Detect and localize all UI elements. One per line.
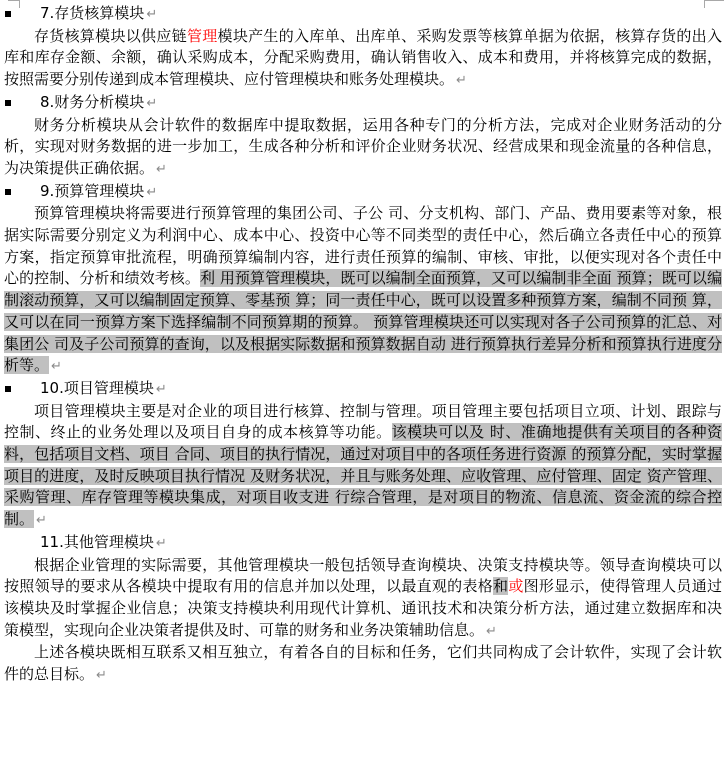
paragraph: 根据企业管理的实际需要，其他管理模块一般包括领导查询模块、决策支持模块等。领导查… — [4, 555, 722, 643]
section-heading: 9.预算管理模块↵ — [4, 181, 722, 204]
list-bullet-icon — [5, 11, 11, 17]
section-title: 11.其他管理模块 — [40, 533, 154, 551]
section-heading: 7.存货核算模块↵ — [4, 3, 722, 26]
red-revision-text: 或 — [508, 577, 523, 595]
paragraph: 财务分析模块从会计软件的数据库中提取数据，运用各种专门的分析方法，完成对企业财务… — [4, 115, 722, 181]
paragraph-mark-icon: ↵ — [49, 359, 62, 374]
list-bullet-icon — [5, 100, 11, 106]
paragraph-mark-icon: ↵ — [34, 513, 47, 528]
paragraph-mark-icon: ↵ — [144, 7, 157, 22]
section-heading: 10.项目管理模块↵ — [4, 378, 722, 401]
document-body: 7.存货核算模块↵存货核算模块以供应链管理模块产生的入库单、出库单、采购发票等核… — [0, 0, 726, 687]
document-page: 7.存货核算模块↵存货核算模块以供应链管理模块产生的入库单、出库单、采购发票等核… — [0, 0, 726, 776]
paragraph: 上述各模块既相互联系又相互独立，有着各自的目标和任务，它们共同构成了会计软件，实… — [4, 642, 722, 686]
body-text: 财务分析模块从会计软件的数据库中提取数据，运用各种专门的分析方法，完成对企业财务… — [4, 116, 722, 177]
section-heading: 8.财务分析模块↵ — [4, 92, 722, 115]
section-title: 7.存货核算模块 — [40, 4, 144, 22]
paragraph-mark-icon: ↵ — [454, 73, 467, 88]
paragraph-mark-icon: ↵ — [144, 96, 157, 111]
paragraph: 存货核算模块以供应链管理模块产生的入库单、出库单、采购发票等核算单据为依据，核算… — [4, 26, 722, 92]
body-text: 存货核算模块以供应链 — [34, 27, 187, 45]
paragraph: 项目管理模块主要是对企业的项目进行核算、控制与管理。项目管理主要包括项目立项、计… — [4, 401, 722, 532]
paragraph-mark-icon: ↵ — [154, 162, 167, 177]
section-title: 9.预算管理模块 — [40, 182, 144, 200]
paragraph-mark-icon: ↵ — [94, 668, 107, 683]
red-revision-text: 管理 — [187, 27, 218, 45]
list-bullet-icon — [5, 189, 11, 195]
paragraph-mark-icon: ↵ — [154, 382, 167, 397]
paragraph-mark-icon: ↵ — [144, 185, 157, 200]
paragraph: 预算管理模块将需要进行预算管理的集团公司、子公 司、分支机构、部门、产品、费用要… — [4, 203, 722, 378]
list-bullet-icon — [5, 386, 11, 392]
paragraph-mark-icon: ↵ — [484, 624, 497, 639]
highlighted-text: 和 — [493, 577, 508, 595]
section-heading: 11.其他管理模块↵ — [4, 532, 722, 555]
section-title: 8.财务分析模块 — [40, 93, 144, 111]
section-title: 10.项目管理模块 — [40, 379, 154, 397]
paragraph-mark-icon: ↵ — [154, 536, 167, 551]
body-text: 上述各模块既相互联系又相互独立，有着各自的目标和任务，它们共同构成了会计软件，实… — [4, 643, 722, 683]
